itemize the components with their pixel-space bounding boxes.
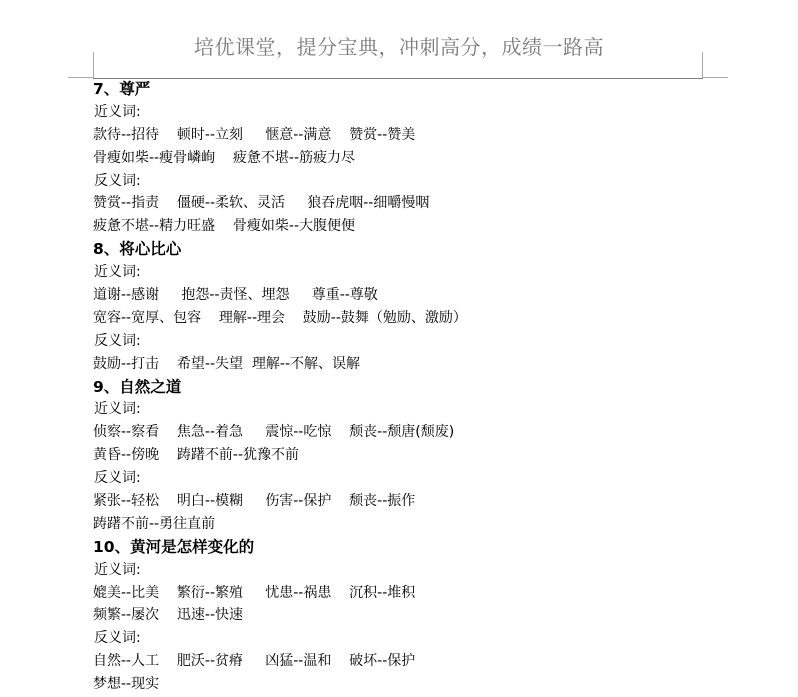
synonyms-label: 近义词: — [93, 261, 713, 284]
synonyms-line: 宽容--宽厚、包容 理解--理会 鼓励--鼓舞（勉励、激励） — [93, 307, 713, 330]
section-8: 8、将心比心 近义词: 道谢--感谢 抱怨--责怪、埋怨 尊重--尊敬 宽容--… — [93, 238, 713, 375]
antonyms-line: 疲惫不堪--精力旺盛 骨瘦如柴--大腹便便 — [93, 215, 713, 238]
antonyms-line: 鼓励--打击 希望--失望 理解--不解、误解 — [93, 353, 713, 376]
synonyms-label: 近义词: — [93, 559, 713, 582]
antonyms-label: 反义词: — [93, 467, 713, 490]
synonyms-line: 款待--招待 顿时--立刻 惬意--满意 赞赏--赞美 — [93, 124, 713, 147]
section-heading: 10、黄河是怎样变化的 — [93, 536, 713, 559]
header-title: 培优课堂，提分宝典，冲刺高分，成绩一路高 — [0, 33, 798, 61]
section-7: 7、尊严 近义词: 款待--招待 顿时--立刻 惬意--满意 赞赏--赞美 骨瘦… — [93, 78, 713, 238]
section-heading: 8、将心比心 — [93, 238, 713, 261]
header-right-corner-mark — [702, 52, 703, 78]
antonyms-label: 反义词: — [93, 627, 713, 650]
antonyms-label: 反义词: — [93, 330, 713, 353]
synonyms-label: 近义词: — [93, 101, 713, 124]
synonyms-line: 侦察--察看 焦急--着急 震惊--吃惊 颓丧--颓唐(颓废) — [93, 421, 713, 444]
section-heading: 7、尊严 — [93, 78, 713, 101]
synonyms-line: 骨瘦如柴--瘦骨嶙峋 疲惫不堪--筋疲力尽 — [93, 147, 713, 170]
synonyms-label: 近义词: — [93, 398, 713, 421]
synonyms-line: 频繁--屡次 迅速--快速 — [93, 604, 713, 627]
antonyms-line: 梦想--现实 — [93, 673, 713, 696]
document-body: 7、尊严 近义词: 款待--招待 顿时--立刻 惬意--满意 赞赏--赞美 骨瘦… — [93, 78, 713, 696]
header-left-corner-mark — [93, 52, 94, 78]
section-10: 10、黄河是怎样变化的 近义词: 媲美--比美 繁衍--繁殖 忧患--祸患 沉积… — [93, 536, 713, 696]
section-9: 9、自然之道 近义词: 侦察--察看 焦急--着急 震惊--吃惊 颓丧--颓唐(… — [93, 376, 713, 536]
synonyms-line: 媲美--比美 繁衍--繁殖 忧患--祸患 沉积--堆积 — [93, 582, 713, 605]
antonyms-line: 紧张--轻松 明白--模糊 伤害--保护 颓丧--振作 — [93, 490, 713, 513]
synonyms-line: 黄昏--傍晚 踌躇不前--犹豫不前 — [93, 444, 713, 467]
antonyms-label: 反义词: — [93, 170, 713, 193]
antonyms-line: 踌躇不前--勇往直前 — [93, 513, 713, 536]
synonyms-line: 道谢--感谢 抱怨--责怪、埋怨 尊重--尊敬 — [93, 284, 713, 307]
antonyms-line: 赞赏--指责 僵硬--柔软、灵活 狼吞虎咽--细嚼慢咽 — [93, 192, 713, 215]
antonyms-line: 自然--人工 肥沃--贫瘠 凶猛--温和 破坏--保护 — [93, 650, 713, 673]
section-heading: 9、自然之道 — [93, 376, 713, 399]
header-left-margin-line — [68, 77, 93, 78]
